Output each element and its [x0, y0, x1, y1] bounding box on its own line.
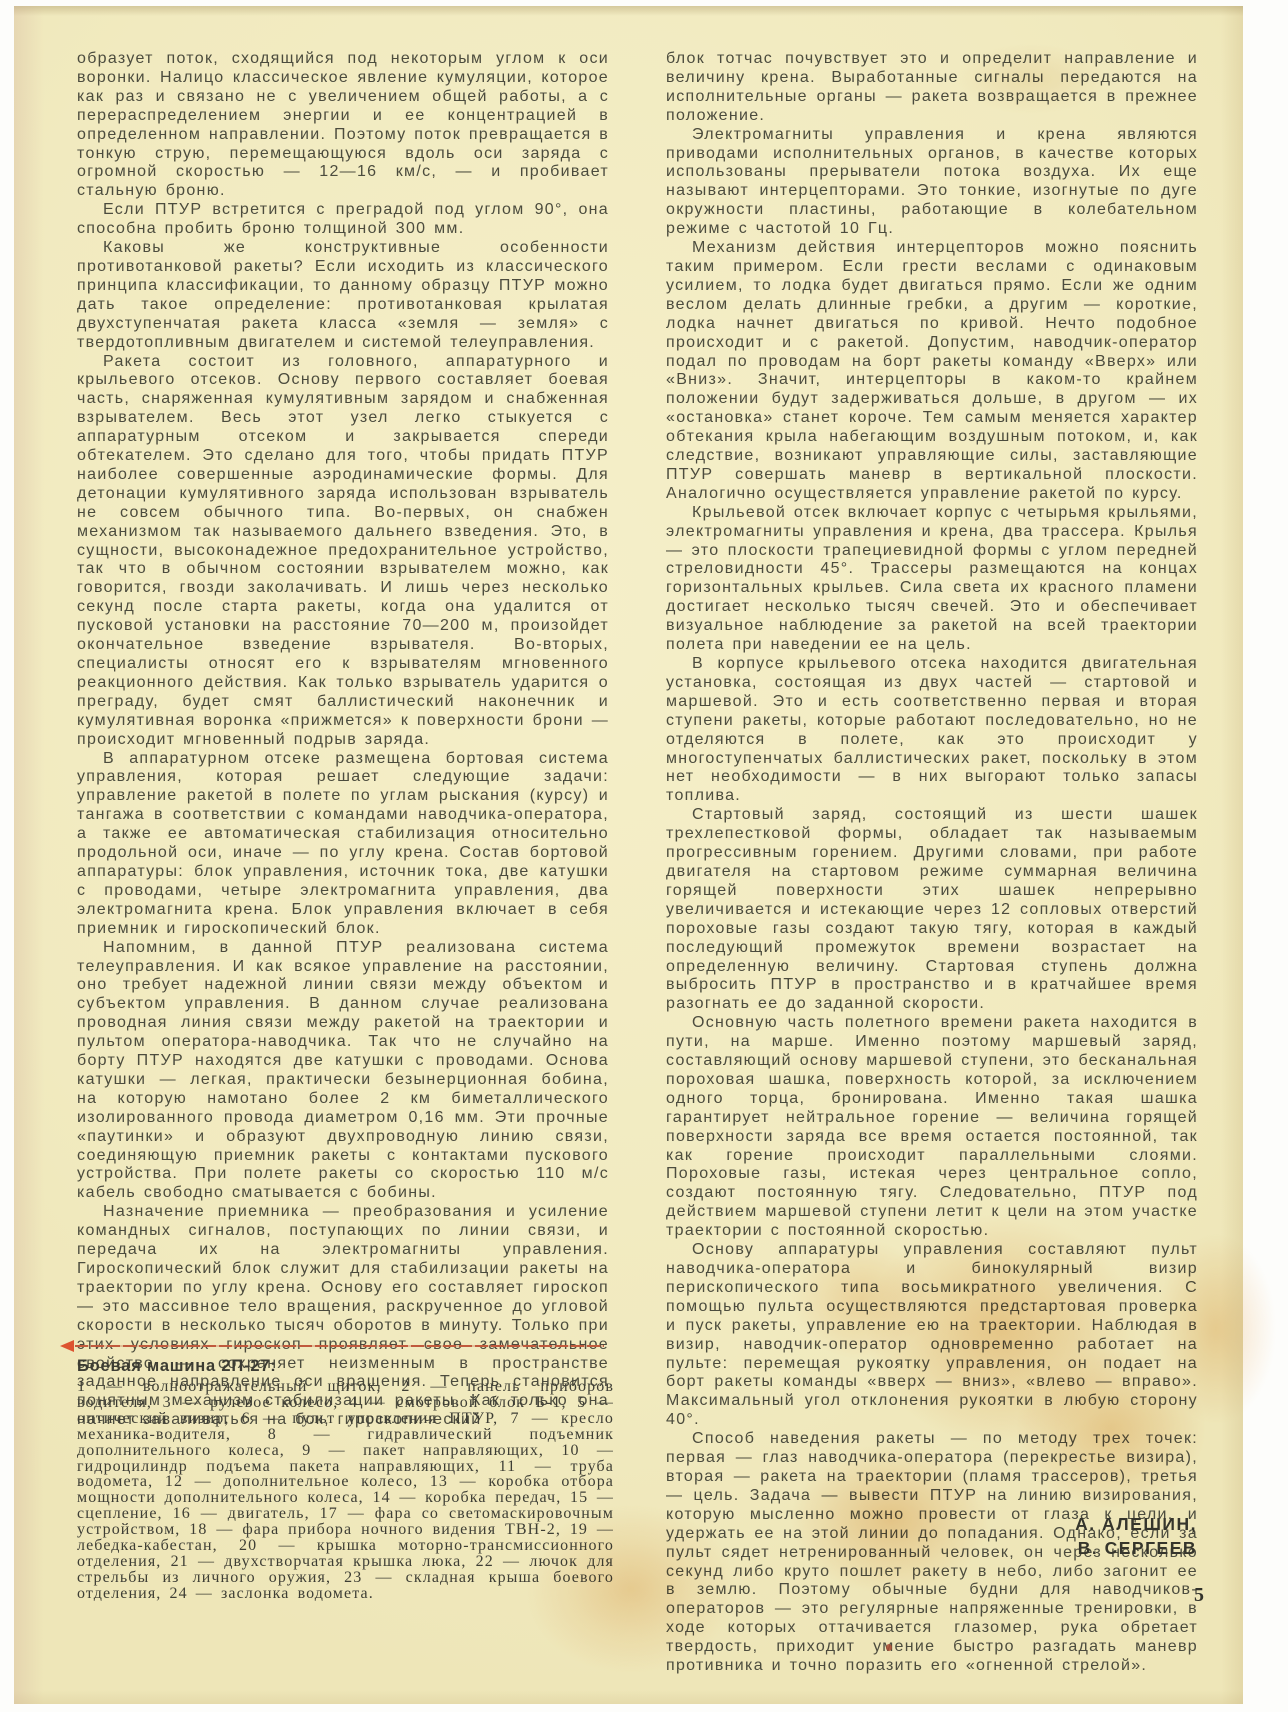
paragraph: Механизм действия интерцепторов можно по…	[666, 239, 1198, 504]
paragraph: Электромагниты управления и крена являют…	[666, 126, 1198, 239]
caption-legend: 1 — волноотражательный щиток, 2 — панель…	[77, 1379, 614, 1602]
right-text-column: блок тотчас почувствует это и определит …	[666, 50, 1198, 1676]
caption-divider	[60, 1339, 608, 1353]
paragraph: В аппаратурном отсеке размещена бортовая…	[77, 750, 609, 939]
authors-signature: А. АЛЕШИН, В. СЕРГЕЕВ	[666, 1512, 1197, 1560]
red-divider-line	[75, 1345, 604, 1347]
paragraph: образует поток, сходящийся под некоторым…	[77, 50, 609, 201]
paragraph: Если ПТУР встретится с преградой под угл…	[77, 201, 609, 239]
red-arrow-left-icon	[60, 1340, 74, 1352]
paragraph: Напомним, в данной ПТУР реализована сист…	[77, 939, 609, 1204]
paragraph: Ракета состоит из головного, аппаратурно…	[77, 353, 609, 750]
author-name: А. АЛЕШИН,	[666, 1512, 1197, 1536]
paragraph: В корпусе крыльевого отсека находится дв…	[666, 655, 1198, 806]
magazine-page: образует поток, сходящийся под некоторым…	[14, 6, 1243, 1704]
page-number: 5	[1194, 1584, 1204, 1607]
paragraph: Основу аппаратуры управления составляют …	[666, 1241, 1198, 1430]
author-name: В. СЕРГЕЕВ	[666, 1536, 1197, 1560]
paragraph: Каковы же конструктивные особенности про…	[77, 239, 609, 352]
paragraph: Стартовый заряд, состоящий из шести шаше…	[666, 806, 1198, 1014]
paragraph: Крыльевой отсек включает корпус с четырь…	[666, 504, 1198, 655]
paragraph: Основную часть полетного времени ракета …	[666, 1014, 1198, 1241]
caption-title: Боевая машина 2П-27:	[77, 1356, 614, 1376]
paragraph: блок тотчас почувствует это и определит …	[666, 50, 1198, 126]
ink-speck	[886, 1644, 892, 1651]
left-text-column: образует поток, сходящийся под некоторым…	[77, 50, 609, 1430]
photo-caption: Боевая машина 2П-27: 1 — волноотражатель…	[77, 1356, 614, 1602]
